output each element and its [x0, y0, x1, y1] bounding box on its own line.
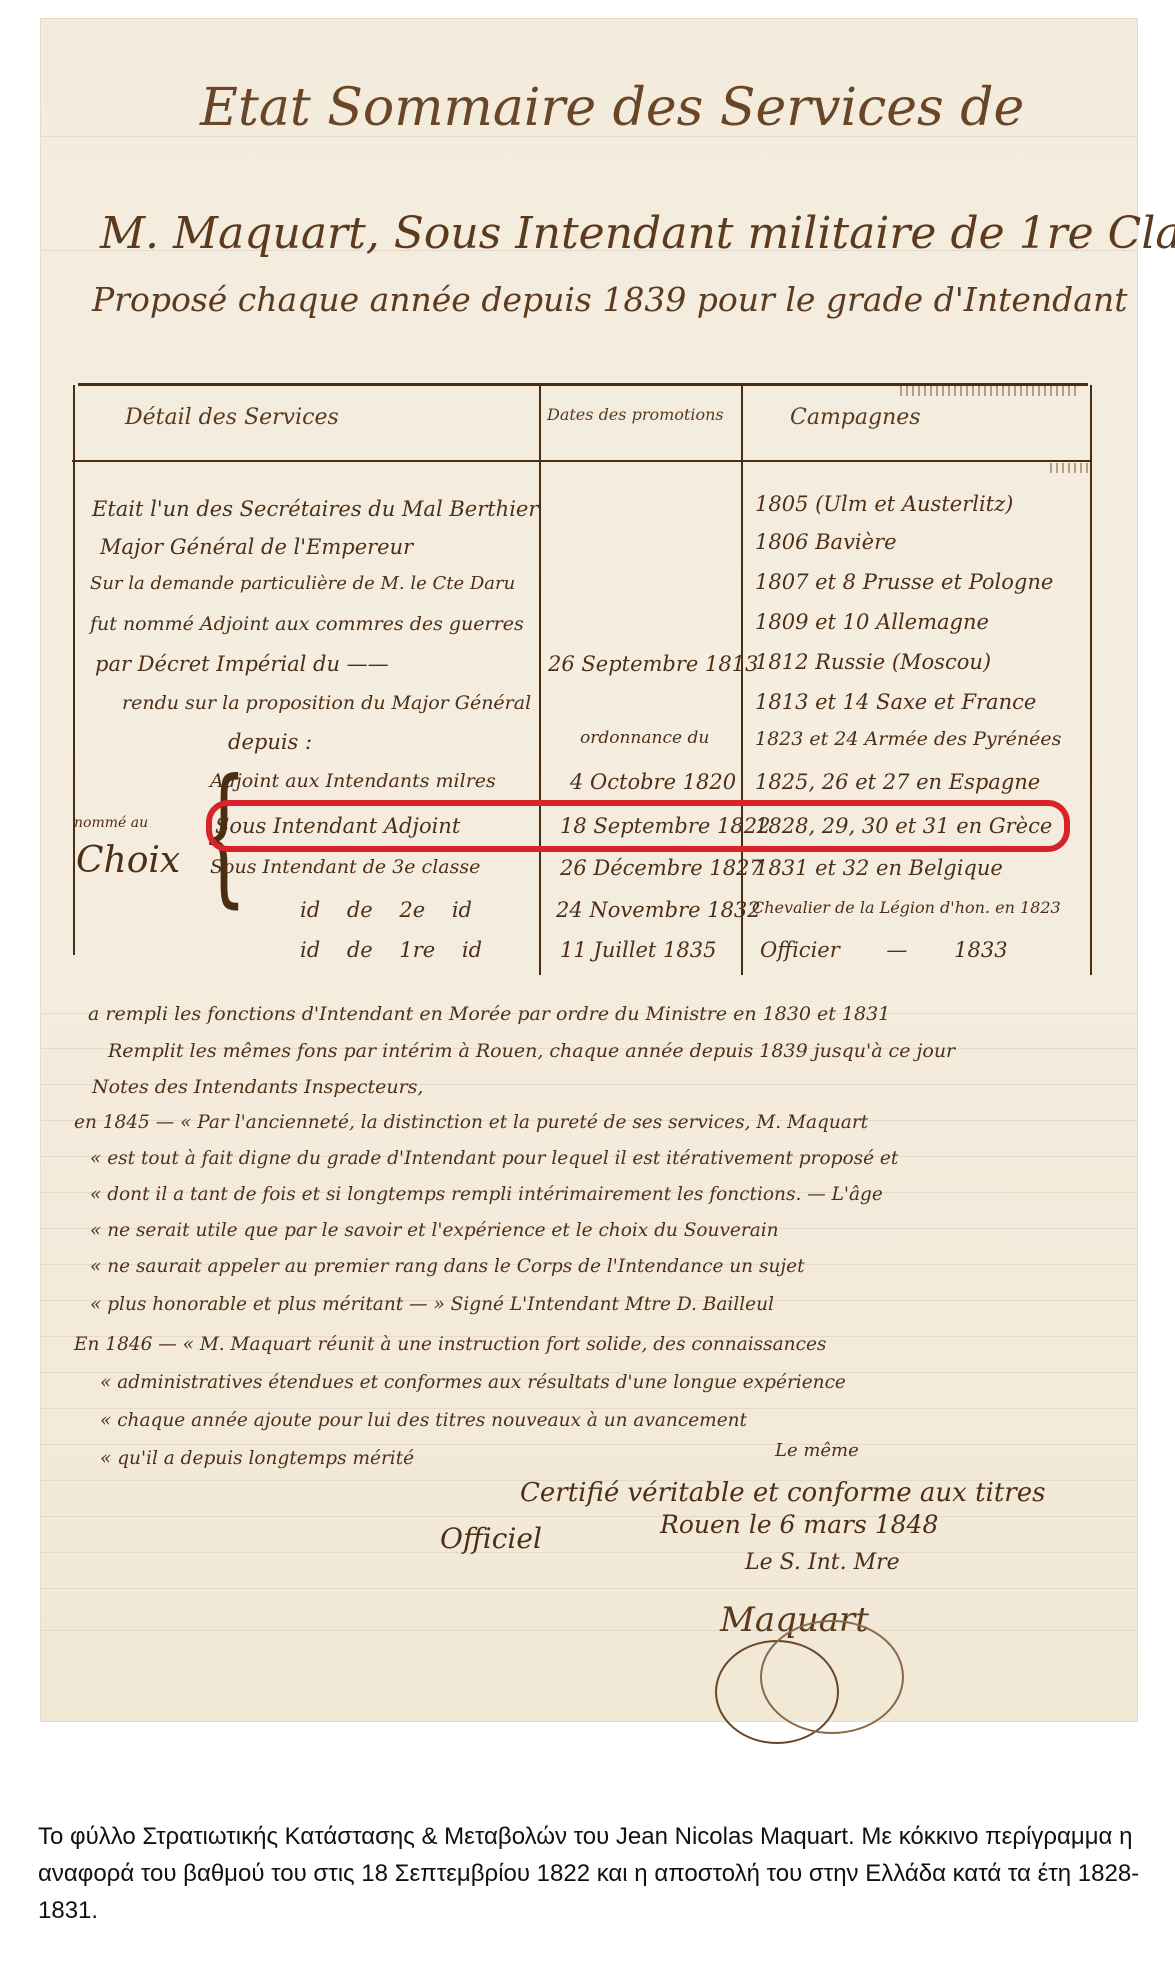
service-line: par Décret Impérial du ——: [95, 652, 389, 676]
promotion-service: id de 2e id: [300, 898, 472, 922]
note-line: Remplit les mêmes fons par intérim à Rou…: [108, 1040, 955, 1062]
header-services: Détail des Services: [125, 405, 339, 430]
note-line: en 1845 — « Par l'ancienneté, la distinc…: [74, 1112, 868, 1133]
campaign-entry: 1812 Russie (Moscou): [755, 650, 991, 674]
service-line: Etait l'un des Secrétaires du Mal Berthi…: [92, 497, 538, 521]
campaign-entry: 1807 et 8 Prusse et Pologne: [755, 570, 1053, 594]
service-line: fut nommé Adjoint aux commres des guerre…: [90, 613, 524, 635]
column-divider-2: [741, 385, 743, 975]
header-campaigns: Campagnes: [790, 405, 921, 430]
promotion-date: 26 Décembre 1827: [560, 856, 763, 880]
campaign-entry: 1805 (Ulm et Austerlitz): [755, 492, 1013, 516]
note-line: « plus honorable et plus méritant — » Si…: [90, 1294, 774, 1315]
promotion-date: 24 Novembre 1832: [556, 898, 761, 922]
le-meme-note: Le même: [775, 1440, 859, 1461]
ruled-line: [40, 1444, 1138, 1445]
ruled-line: [40, 1516, 1138, 1517]
campaign-entry: 1823 et 24 Armée des Pyrénées: [755, 728, 1061, 750]
ruled-line: [40, 1630, 1138, 1631]
proposal-line: Proposé chaque année depuis 1839 pour le…: [92, 280, 1127, 319]
promotion-campaign: 1831 et 32 en Belgique: [755, 856, 1003, 880]
decree-date: 26 Septembre 1813: [548, 652, 758, 676]
note-line: « qu'il a depuis longtemps mérité: [100, 1448, 414, 1469]
official-label: Officiel: [440, 1522, 542, 1555]
ruled-line: [40, 1588, 1138, 1589]
signature-flourish: [760, 1620, 904, 1734]
table-right-border: [1090, 385, 1092, 975]
note-line: « ne saurait appeler au premier rang dan…: [90, 1256, 805, 1277]
note-line: Notes des Intendants Inspecteurs,: [92, 1076, 423, 1098]
promotion-service: Sous Intendant de 3e classe: [210, 856, 480, 878]
campaign-entry: 1809 et 10 Allemagne: [755, 610, 989, 634]
nomme-au-label: nommé au: [74, 815, 148, 831]
note-line: a rempli les fonctions d'Intendant en Mo…: [88, 1003, 890, 1025]
promotion-date: 4 Octobre 1820: [570, 770, 736, 794]
header-divider: [72, 460, 1092, 462]
campaign-entry: 1806 Bavière: [755, 530, 897, 554]
ruled-line: [40, 1408, 1138, 1409]
service-line: rendu sur la proposition du Major Généra…: [122, 692, 531, 714]
ordonnance-label: ordonnance du: [580, 728, 709, 748]
promotion-campaign: Officier — 1833: [760, 938, 1008, 962]
ruled-line: [40, 1552, 1138, 1553]
place-date: Rouen le 6 mars 1848: [660, 1510, 938, 1539]
promotion-service: id de 1re id: [300, 938, 482, 962]
document-title: Etat Sommaire des Services de: [200, 78, 1024, 138]
signatory-role: Le S. Int. Mre: [745, 1550, 900, 1575]
ink-stain: [1050, 463, 1090, 473]
promotion-campaign: 1825, 26 et 27 en Espagne: [755, 770, 1040, 794]
highlight-box: [206, 800, 1070, 852]
column-divider-1: [539, 385, 541, 975]
note-line: « chaque année ajoute pour lui des titre…: [100, 1410, 747, 1431]
promotion-service: Adjoint aux Intendants milres: [210, 770, 496, 792]
note-line: « ne serait utile que par le savoir et l…: [90, 1220, 779, 1241]
note-line: « administratives étendues et conformes …: [100, 1372, 846, 1393]
promotion-date: 11 Juillet 1835: [560, 938, 716, 962]
service-line: Major Général de l'Empereur: [100, 535, 413, 559]
promotion-campaign: Chevalier de la Légion d'hon. en 1823: [752, 898, 1061, 917]
image-caption: Το φύλλο Στρατιωτικής Κατάστασης & Μεταβ…: [38, 1818, 1148, 1929]
note-line: « dont il a tant de fois et si longtemps…: [90, 1184, 883, 1205]
certification-line: Certifié véritable et conforme aux titre…: [520, 1478, 1045, 1508]
ink-stain: [900, 386, 1080, 396]
campaign-entry: 1813 et 14 Saxe et France: [755, 690, 1036, 714]
table-left-border: [73, 385, 75, 955]
service-line: Sur la demande particulière de M. le Cte…: [90, 573, 515, 594]
document-subtitle: M. Maquart, Sous Intendant militaire de …: [100, 208, 1175, 259]
header-dates: Dates des promotions: [547, 405, 724, 424]
note-line: « est tout à fait digne du grade d'Inten…: [90, 1148, 898, 1169]
choix-label: Choix: [76, 840, 180, 881]
note-line: En 1846 — « M. Maquart réunit à une inst…: [74, 1334, 826, 1355]
